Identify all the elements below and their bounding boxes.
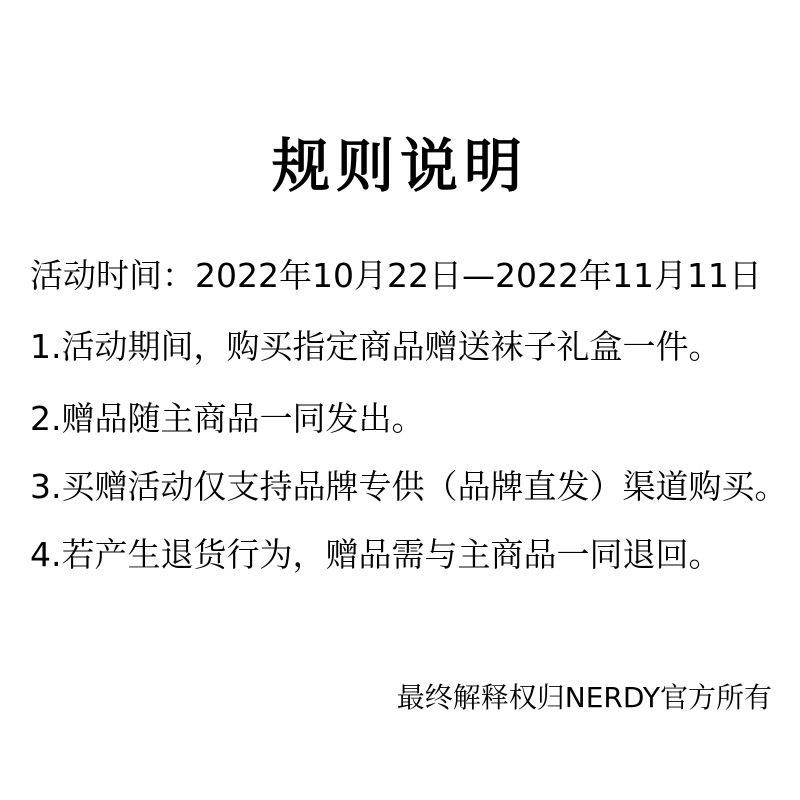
footer-disclaimer: 最终解释权归NERDY官方所有 bbox=[30, 676, 772, 716]
page-title: 规则说明 bbox=[0, 135, 800, 199]
rules-notice-page: 规则说明 活动时间：2022年10月22日—2022年11月11日 1.活动期间… bbox=[0, 0, 800, 800]
rule-item-2: 2.赠品随主商品一同发出。 bbox=[30, 400, 770, 438]
rule-item-3: 3.买赠活动仅支持品牌专供（品牌直发）渠道购买。 bbox=[30, 468, 770, 506]
rule-item-1: 1.活动期间，购买指定商品赠送袜子礼盒一件。 bbox=[30, 328, 770, 366]
rule-item-4: 4.若产生退货行为，赠品需与主商品一同退回。 bbox=[30, 536, 770, 574]
activity-period-line: 活动时间：2022年10月22日—2022年11月11日 bbox=[30, 257, 770, 295]
